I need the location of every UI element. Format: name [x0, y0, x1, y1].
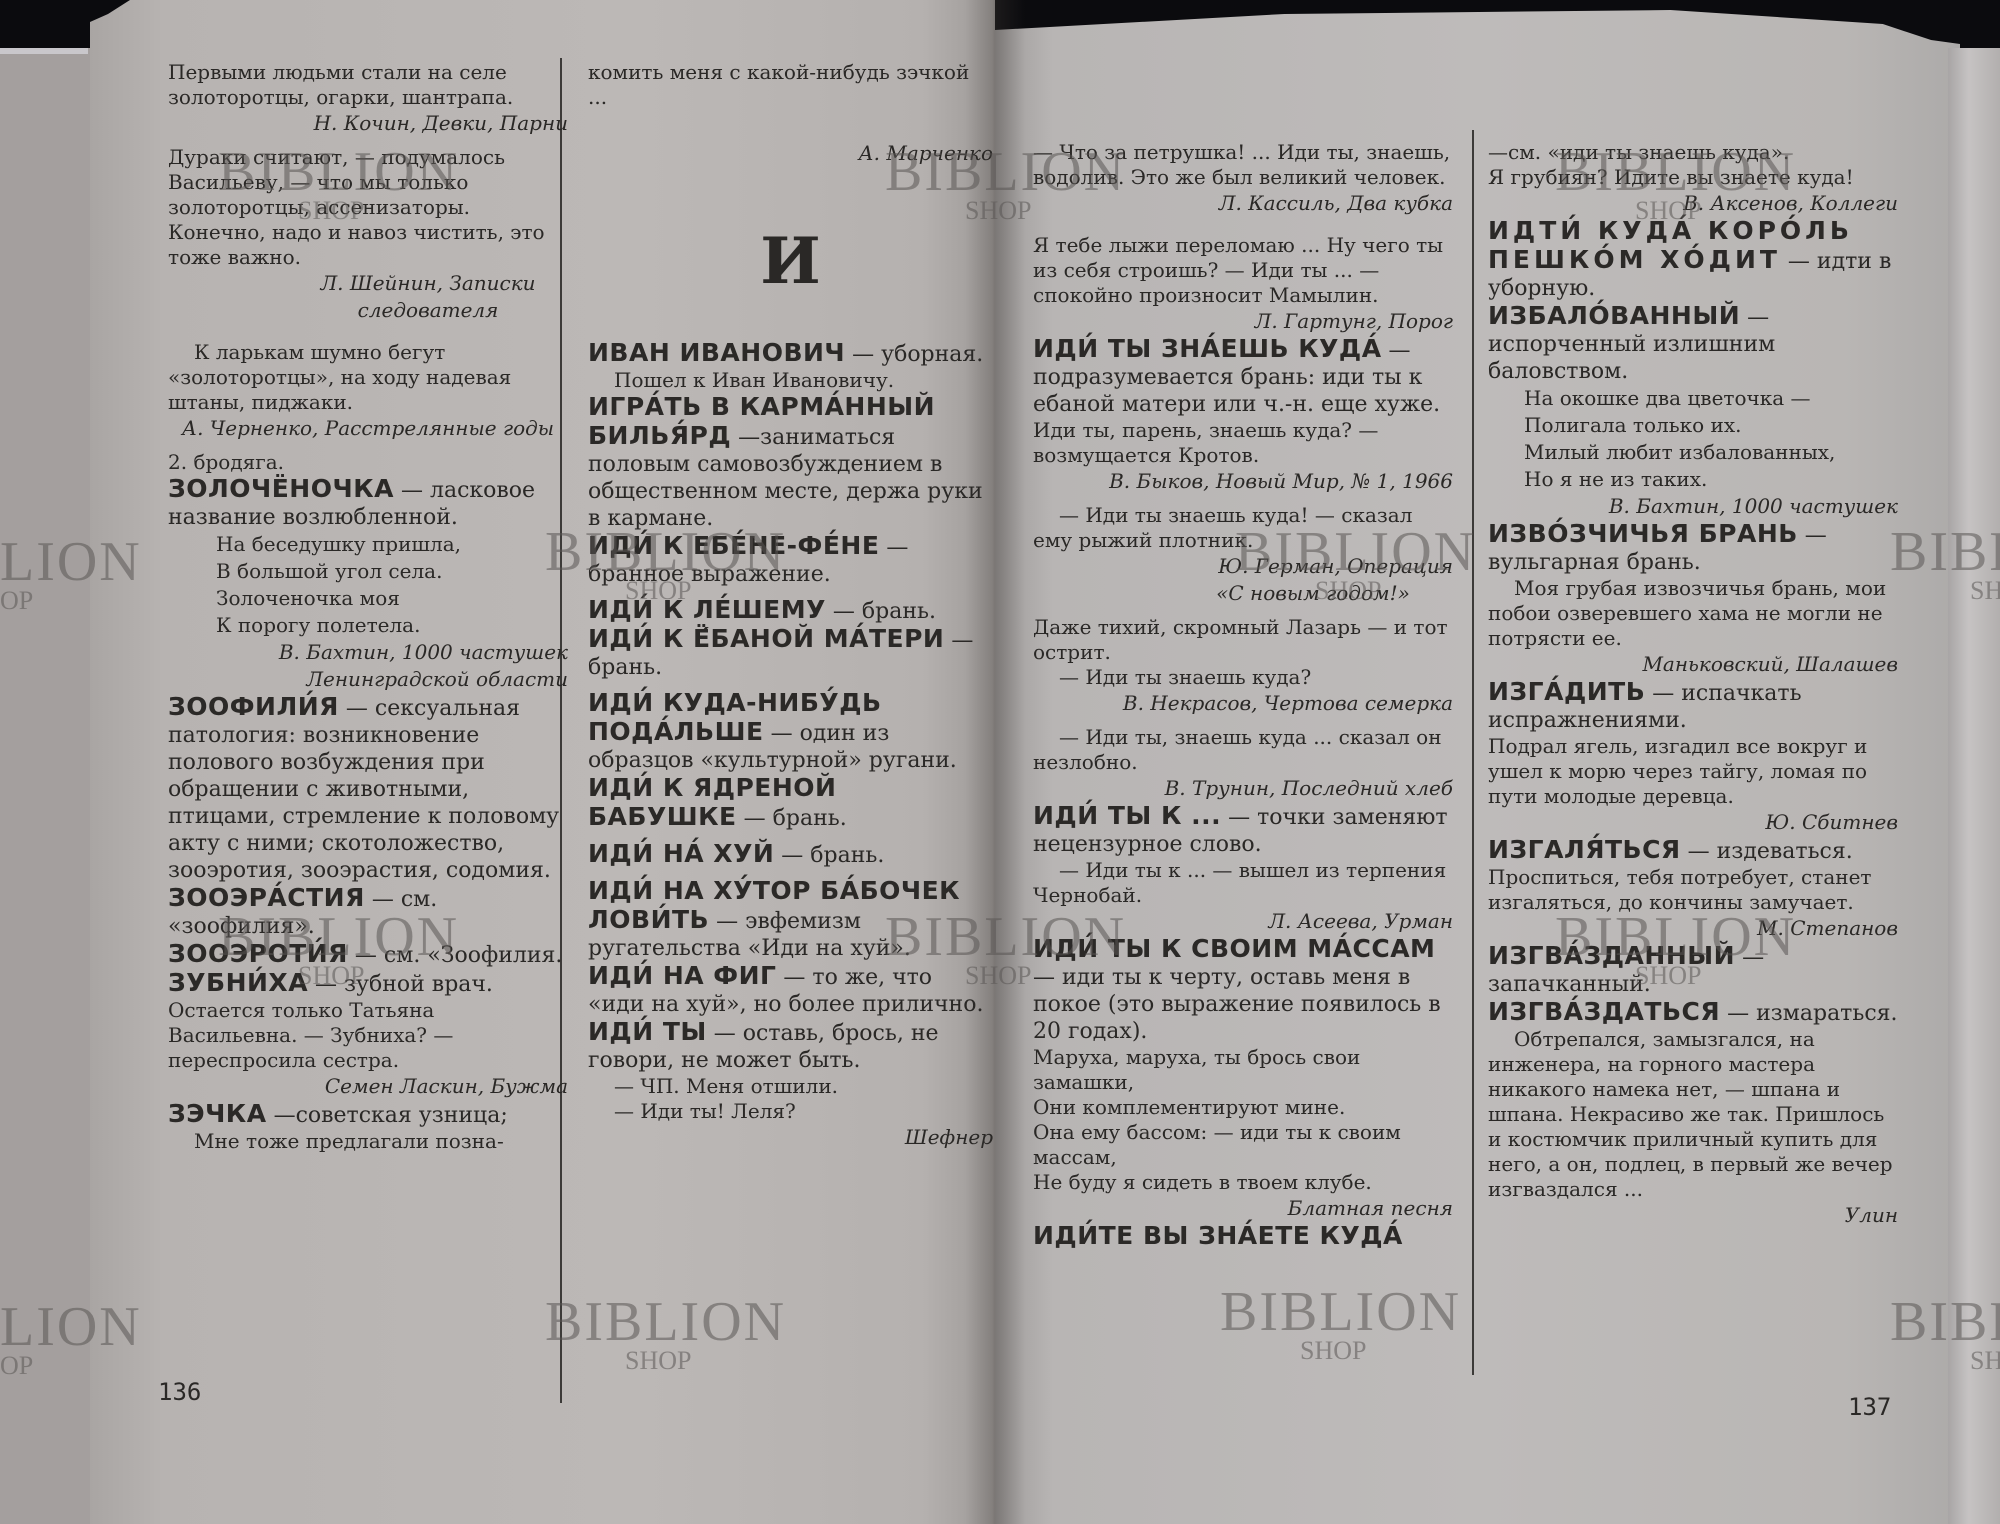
dictionary-entry: ИДИ́ ТЫ К СВОИМ МА́ССАМ — иди ты к черту…	[1033, 935, 1453, 1045]
cross-reference: —см. «иди ты знаешь куда».	[1488, 140, 1898, 165]
example: — Иди ты, знаешь куда ... сказал он незл…	[1033, 725, 1453, 775]
dictionary-entry: ЗУБНИ́ХА — зубной врач.	[168, 969, 568, 998]
column-3: — Что за петрушка! ... Иди ты, знаешь, в…	[1033, 140, 1453, 1251]
section-letter: И	[588, 227, 993, 297]
headword: ИДИ́ НА́ ХУЙ	[588, 839, 774, 868]
verse-line: Полигала только их.	[1488, 412, 1898, 439]
dictionary-entry: ИДИ́ НА ФИГ — то же, что «иди на хуй», н…	[588, 962, 993, 1018]
headword: ЗУБНИ́ХА	[168, 968, 308, 997]
dictionary-entry: ЗЭЧКА —советская узница;	[168, 1100, 568, 1129]
quote-source: Семен Ласкин, Бужма	[168, 1073, 568, 1100]
dictionary-entry: ИДИ́ К ЯДРЕНОЙ БАБУШКЕ — брань.	[588, 774, 993, 832]
quote-source: А. Черненко, Расстрелянные годы	[168, 415, 568, 442]
quote-source: Улин	[1488, 1202, 1898, 1229]
dictionary-entry: ИДИ́ ТЫ К ... — точки заменяют нецензурн…	[1033, 802, 1453, 858]
quote-source: В. Бахтин, 1000 частушек	[1488, 493, 1898, 520]
verse-line: К порогу полетела.	[168, 612, 568, 639]
quote-source: В. Бахтин, 1000 частушек	[168, 639, 568, 666]
quote-source: Л. Кассиль, Два кубка	[1033, 190, 1453, 217]
quote-source: А. Марченко	[588, 140, 993, 167]
quote-source: Л. Асеева, Урман	[1033, 908, 1453, 935]
dictionary-entry: ИГРА́ТЬ В КАРМА́ННЫЙ БИЛЬЯ́РД —заниматьс…	[588, 393, 993, 532]
column-divider-right-page	[1472, 130, 1474, 1375]
dictionary-entry: ИДИ́ ТЫ — оставь, брось, не говори, не м…	[588, 1018, 993, 1074]
page-number-right: 137	[1848, 1393, 1891, 1421]
quote: Дураки считают, — подумалось Васильеву, …	[168, 145, 568, 270]
dictionary-entry: ИЗВО́ЗЧИЧЬЯ БРАНЬ — вульгарная брань.	[1488, 520, 1898, 576]
song-line: Они комплементируют мине.	[1033, 1095, 1453, 1120]
example: Даже тихий, скромный Лазарь — и тот остр…	[1033, 615, 1453, 665]
quote-source: В. Трунин, Последний хлеб	[1033, 775, 1453, 802]
verse-line: Милый любит избалованных,	[1488, 439, 1898, 466]
quote-source: В. Некрасов, Чертова семерка	[1033, 690, 1453, 717]
headword: ИДИ́ НА ФИГ	[588, 961, 776, 990]
quote-source: Маньковский, Шалашев	[1488, 651, 1898, 678]
dictionary-entry: ИДИ́ К ЛЕ́ШЕМУ — брань.	[588, 596, 993, 625]
example: Мне тоже предлагали позна-	[168, 1129, 568, 1154]
page-stack-edge-right	[1948, 48, 2000, 1524]
example: Подрал ягель, изгадил все вокруг и ушел …	[1488, 734, 1898, 809]
column-1: Первыми людьми стали на селе золоторотцы…	[168, 60, 568, 1154]
headword: ЗЭЧКА	[168, 1099, 267, 1128]
headword: ИЗГВА́ЗДАННЫЙ	[1488, 941, 1735, 970]
song-line: Не буду я сидеть в твоем клубе.	[1033, 1170, 1453, 1195]
headword: ИЗБАЛО́ВАННЫЙ	[1488, 301, 1740, 330]
headword: ИДИ́ К ЛЕ́ШЕМУ	[588, 595, 826, 624]
dictionary-entry: ИВАН ИВАНОВИЧ — уборная.	[588, 339, 993, 368]
dictionary-entry: ИЗГВА́ЗДАТЬСЯ — измараться.	[1488, 998, 1898, 1027]
verse-line: Золоченочка моя	[168, 585, 568, 612]
definition: — зубной врач.	[308, 972, 493, 997]
definition: — уборная.	[845, 342, 983, 367]
dictionary-entry: ЗООЭРОТИ́Я — см. «Зоофилия.	[168, 940, 568, 969]
dictionary-entry: ИДИ́ К ЕБЕ́НЕ-ФЕ́НЕ — бранное выражение.	[588, 532, 993, 588]
example: Проспиться, тебя потребует, станет изгал…	[1488, 865, 1898, 915]
example: Я грубиян? Идите вы знаете куда!	[1488, 165, 1898, 190]
headword: ИЗГА́ДИТЬ	[1488, 677, 1645, 706]
example: Остается только Татьяна Васильевна. — Зу…	[168, 998, 568, 1073]
quote-source: В. Аксенов, Коллеги	[1488, 190, 1898, 217]
verse-line: В большой угол села.	[168, 558, 568, 585]
quote-source: В. Быков, Новый Мир, № 1, 1966	[1033, 468, 1453, 495]
verse-line: Но я не из таких.	[1488, 466, 1898, 493]
quote: Первыми людьми стали на селе золоторотцы…	[168, 60, 568, 110]
dictionary-entry: ИДИ́ ТЫ ЗНА́ЕШЬ КУДА́ — подразумевается …	[1033, 335, 1453, 418]
page-number-left: 136	[158, 1378, 201, 1406]
song-line: Она ему бассом: — иди ты к своим массам,	[1033, 1120, 1453, 1170]
verse-line: На беседушку пришла,	[168, 531, 568, 558]
quote-source: Ю. Герман, Операция	[1033, 553, 1453, 580]
quote-source: Ю. Сбитнев	[1488, 809, 1898, 836]
definition: — брань.	[826, 599, 936, 624]
quote: Я тебе лыжи переломаю ... Ну чего ты из …	[1033, 233, 1453, 308]
dictionary-entry: ИДИ́ К Ё́БАНОЙ МА́ТЕРИ — брань.	[588, 625, 993, 681]
headword: ЗООЭРОТИ́Я	[168, 939, 348, 968]
dictionary-entry: ИДИ́ НА́ ХУЙ — брань.	[588, 840, 993, 869]
dictionary-entry: ИЗБАЛО́ВАННЫЙ —испорченный излишним бало…	[1488, 302, 1898, 385]
quote-source: Шефнер	[588, 1124, 993, 1151]
quote-source: Н. Кочин, Девки, Парни	[168, 110, 568, 137]
example: Иди ты, парень, знаешь куда? — возмущает…	[1033, 418, 1453, 468]
headword: ЗООФИЛИ́Я	[168, 692, 339, 721]
definition: — брань.	[774, 843, 884, 868]
example: — Иди ты знаешь куда?	[1033, 665, 1453, 690]
dictionary-entry: ЗООЭРА́СТИЯ — см. «зоофилия».	[168, 884, 568, 940]
dictionary-entry: ИДТИ́ КУДА́ КОРО́ЛЬ ПЕШКО́М ХО́ДИТ — идт…	[1488, 217, 1898, 302]
headword: ИДИ́ТЕ ВЫ ЗНА́ЕТЕ КУДА́	[1033, 1221, 1403, 1250]
quote-source: Ленинградской области	[168, 666, 568, 693]
headword: ИДИ́ ТЫ К СВОИМ МА́ССАМ	[1033, 934, 1435, 963]
definition: —советская узница;	[267, 1103, 508, 1128]
definition: — измараться.	[1720, 1001, 1897, 1026]
headword: ИЗВО́ЗЧИЧЬЯ БРАНЬ	[1488, 519, 1798, 548]
dictionary-entry: ИЗГАЛЯ́ТЬСЯ — издеваться.	[1488, 836, 1898, 865]
song-line: Маруха, маруха, ты брось свои замашки,	[1033, 1045, 1453, 1095]
dictionary-entry: ИЗГА́ДИТЬ — испачкать испражнениями.	[1488, 678, 1898, 734]
quote-source: М. Степанов	[1488, 915, 1898, 942]
headword: ИДИ́ ТЫ ЗНА́ЕШЬ КУДА́	[1033, 334, 1382, 363]
quote: — Что за петрушка! ... Иди ты, знаешь, в…	[1033, 140, 1453, 190]
dictionary-entry: ИДИ́ НА ХУ́ТОР БА́БОЧЕК ЛОВИ́ТЬ — эвфеми…	[588, 877, 993, 962]
dictionary-entry: ИЗГВА́ЗДАННЫЙ — запачканный.	[1488, 942, 1898, 998]
example: комить меня с какой-нибудь зэчкой ...	[588, 60, 993, 110]
quote: К ларькам шумно бегут «золоторотцы», на …	[168, 340, 568, 415]
headword: ИДИ́ ТЫ	[588, 1017, 707, 1046]
example: Обтрепался, замызгался, на инженера, на …	[1488, 1027, 1898, 1202]
example: — ЧП. Меня отшили.	[588, 1074, 993, 1099]
headword: ИВАН ИВАНОВИЧ	[588, 338, 845, 367]
headword: ИДИ́ К Ё́БАНОЙ МА́ТЕРИ	[588, 624, 944, 653]
dictionary-entry: ИДИ́ТЕ ВЫ ЗНА́ЕТЕ КУДА́	[1033, 1222, 1453, 1251]
quote-source: Блатная песня	[1033, 1195, 1453, 1222]
example: Моя грубая извозчичья брань, мои побои о…	[1488, 576, 1898, 651]
example: — Иди ты знаешь куда! — сказал ему рыжий…	[1033, 503, 1453, 553]
headword: ЗООЭРА́СТИЯ	[168, 883, 365, 912]
column-4: —см. «иди ты знаешь куда». Я грубиян? Ид…	[1488, 140, 1898, 1229]
example: — Иди ты к ... — вышел из терпения Черно…	[1033, 858, 1453, 908]
sense-number: 2. бродяга.	[168, 450, 568, 475]
headword: ЗОЛОЧЁНОЧКА	[168, 474, 394, 503]
definition: — брань.	[737, 806, 847, 831]
headword: ИЗГАЛЯ́ТЬСЯ	[1488, 835, 1681, 864]
example: Пошел к Иван Ивановичу.	[588, 368, 993, 393]
dictionary-entry: ЗООФИЛИ́Я — сексуальная патология: возни…	[168, 693, 568, 884]
definition: — сексуальная патология: возникновение п…	[168, 696, 559, 883]
quote-source: Л. Гартунг, Порог	[1033, 308, 1453, 335]
verse-line: На окошке два цветочка —	[1488, 385, 1898, 412]
example: — Иди ты! Леля?	[588, 1099, 993, 1124]
quote-source: «С новым годом!»	[1033, 580, 1453, 607]
headword: ИЗГВА́ЗДАТЬСЯ	[1488, 997, 1720, 1026]
definition: — иди ты к черту, оставь меня в покое (э…	[1033, 965, 1441, 1044]
headword: ИДИ́ ТЫ К ...	[1033, 801, 1221, 830]
page-edge-highlight	[0, 48, 88, 54]
quote-source: Л. Шейнин, Записки следователя	[168, 270, 568, 324]
column-2: комить меня с какой-нибудь зэчкой ... А.…	[588, 60, 993, 1151]
definition: — см. «Зоофилия.	[348, 943, 562, 968]
dictionary-entry: ЗОЛОЧЁНОЧКА — ласковое название возлюбле…	[168, 475, 568, 531]
headword: ИДИ́ К ЕБЕ́НЕ-ФЕ́НЕ	[588, 531, 879, 560]
definition: — издеваться.	[1681, 839, 1853, 864]
dictionary-entry: ИДИ́ КУДА-НИБУ́ДЬ ПОДА́ЛЬШЕ — один из об…	[588, 689, 993, 774]
